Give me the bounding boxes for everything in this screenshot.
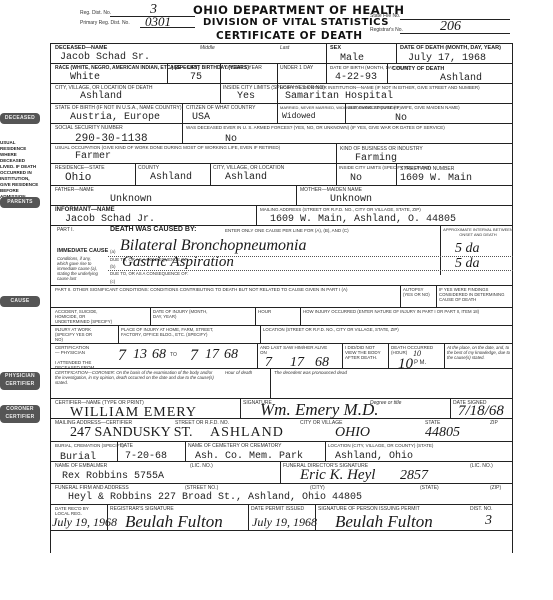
disposition-date-label: DATE [120,443,133,449]
residence-county-value: Ashland [150,172,192,183]
coroner-hour-label: Hour of death [225,370,252,375]
race-value: White [70,72,100,83]
city-of-death-value: Ashland [80,91,122,102]
registrar-no-value: 206 [440,19,461,35]
residence-street-value: 1609 W. Main [400,173,472,184]
birth-state-value: Austria, Europe [70,112,160,123]
firm-street-label: (STREET NO.) [185,485,218,491]
dob-value: 4-22-93 [335,72,377,83]
disposition-location-label: LOCATION (City, village, or county) (Sta… [328,443,433,448]
to-day: 17 [205,347,219,363]
director-lic-value: 2857 [400,468,428,484]
date-of-death-label: DATE OF DEATH (Month, Day, Year) [400,45,501,51]
occupation-label: USUAL OCCUPATION (Give kind of work done… [55,145,280,150]
death-hour-minutes: 10 [413,349,421,358]
cause-a: Bilateral Bronchopneumonia [120,237,307,255]
to-label: TO [170,352,177,358]
certifier-signature: Wm. Emery M.D. [260,400,379,420]
firm-city-label: (CITY) [310,485,325,491]
to-month: 7 [190,347,198,365]
industry-label: KIND OF BUSINESS OR INDUSTRY [340,146,423,152]
death-hour-suffix: P M. [414,360,426,366]
firm-state-label: (STATE) [420,485,439,491]
from-year: 68 [152,347,166,363]
certifier-state-value: OHIO [335,425,370,441]
permit-date-label: DATE PERMIT ISSUED [251,506,304,512]
last-saw-label: AND LAST SAW HIM/HER ALIVE ON [260,345,330,355]
degree-label: Degree or title [370,400,401,406]
primary-reg-label: Primary Reg. Dist. No. [80,20,130,26]
mother-value: Unknown [330,194,372,205]
informant-name-value: Jacob Schad Jr. [65,214,155,225]
certifier-street-value: 247 SANDUSKY ST. [70,425,193,441]
armed-forces-label: WAS DECEASED EVER IN U. S. ARMED FORCES?… [186,125,445,130]
cause-a-interval: 5 da [455,241,480,257]
physician-cert-label: CERTIFICATION— PHYSICIAN [55,345,93,355]
last-label: Last [280,45,289,51]
from-day: 13 [133,347,147,363]
hospital-label: HOSPITAL OR OTHER INSTITUTION—NAME (If n… [280,85,480,90]
informant-address-value: 1609 W. Main, Ashland, O. 44805 [270,214,456,225]
certifier-zip-label: ZIP [490,420,498,426]
injury-hour-label: HOUR [258,309,271,314]
tab-parents: PARENTS [0,197,40,208]
residence-note: USUAL RESIDENCE WHERE DECEASED LIVED. IF… [0,140,40,200]
funeral-firm-value: Heyl & Robbins 227 Broad St., Ashland, O… [68,492,362,503]
cause-title: DEATH WAS CAUSED BY: [110,226,196,233]
physician-statement: At the place, on the date, and, to the b… [447,345,512,360]
mother-label: MOTHER—MAIDEN NAME [300,187,362,193]
coroner-cert-label: CERTIFICATION—CORONER: On the basis of t… [55,370,215,385]
injury-date-label: DATE OF INJURY (Month, Day, Year) [153,309,213,319]
father-label: FATHER—NAME [55,187,94,193]
permit-date-value: July 19, 1968 [252,515,317,530]
due-to-label-2: DUE TO, OR AS A CONSEQUENCE OF: [110,271,188,276]
state-file-label: State File No. [370,13,400,19]
age-value: 75 [190,72,202,83]
informant-address-label: MAILING ADDRESS (Street or R.F.D. no., c… [260,207,421,212]
marital-value: Widowed [282,112,316,121]
residence-inside-value: No [350,173,362,184]
deceased-name-label: DECEASED—NAME [55,45,107,51]
immediate-cause-label: IMMEDIATE CAUSE [57,248,108,254]
how-injury-label: HOW INJURY OCCURRED (Enter nature of inj… [303,309,479,314]
interval-label: APPROXIMATE INTERVAL BETWEEN ONSET AND D… [443,227,513,237]
part2-label: PART II. OTHER SIGNIFICANT CONDITIONS: C… [55,287,348,292]
residence-state-value: Ohio [65,172,91,184]
cause-b: Gastric Aspiration [122,254,234,271]
embalmer-lic-label: (LIC. NO.) [190,463,213,469]
director-lic-label: (LIC. NO.) [470,463,493,469]
residence-street-label: STREET AND NUMBER [400,166,454,172]
informant-name-label: INFORMANT—NAME [55,207,115,213]
to-year: 68 [224,347,238,363]
dist-no-value: 3 [485,513,492,529]
at-work-label: INJURY AT WORK (Specify yes or no) [55,327,95,342]
occupation-value: Farmer [75,151,111,162]
citizen-value: USA [192,112,210,123]
view-body-label: I DID/DID NOT VIEW THE BODY AFTER DEATH. [345,345,385,360]
residence-city-value: Ashland [225,172,267,183]
hospital-value: Samaritan Hospital [285,91,393,102]
residence-county-label: COUNTY [138,165,159,171]
conditions-note: Conditions, if any, which gave rise to i… [57,256,102,281]
reg-dist-label: Reg. Dist. No. [80,10,111,16]
director-signature: Eric K. Heyl [300,467,375,484]
accident-label: ACCIDENT, SUICIDE, HOMICIDE, OR UNDETERM… [55,309,115,324]
residence-state-label: RESIDENCE—STATE [55,165,105,171]
issuer-signature: Beulah Fulton [335,512,433,532]
death-hour-value: 10 [398,356,413,373]
certifier-zip-value: 44805 [425,425,460,441]
title-certificate: CERTIFICATE OF DEATH [216,30,363,42]
funeral-firm-label: FUNERAL FIRM AND ADDRESS [55,485,129,491]
deceased-name: Jacob Schad Sr. [60,52,150,63]
residence-city-label: CITY, VILLAGE, OR LOCATION [213,165,284,171]
dist-no-label: DIST. NO. [470,506,493,512]
spouse-label: SURVIVING SPOUSE (If wife, give maiden n… [348,105,460,110]
tab-cause: CAUSE [0,296,40,307]
tab-coroner-certifier: CORONER CERTIFIER [0,405,40,423]
disposition-method-label: BURIAL, CREMATION (Specify) [55,443,124,448]
pronounced-label: The decedent was pronounced dead [274,370,347,375]
part1-label: PART I. [57,227,74,233]
ssn-label: SOCIAL SECURITY NUMBER [55,125,123,131]
firm-zip-label: (ZIP) [490,485,501,491]
cause-instructions: ENTER ONLY ONE CAUSE PER LINE FOR (a), (… [225,228,349,233]
under-1-year-label: UNDER 1 YEAR [225,65,262,71]
tab-physician-certifier: PHYSICIAN CERTIFIER [0,372,40,390]
embalmer-label: NAME OF EMBALMER [55,463,107,469]
cemetery-label: NAME OF CEMETERY OR CREMATORY [188,443,281,449]
autopsy-label: AUTOPSY (Yes or no) [403,287,433,297]
middle-label: Middle [200,45,215,51]
under-1-day-label: UNDER 1 DAY [280,65,313,71]
cause-b-interval: 5 da [455,256,480,272]
inside-city-value: Yes [237,91,255,102]
registrar-signature: Beulah Fulton [125,512,223,532]
registrar-no-label: Registrar's No. [370,27,403,33]
primary-reg-value: 0301 [145,14,171,30]
injury-location-label: LOCATION (Street or R.F.D. no., city or … [263,327,399,332]
title-division: DIVISION OF VITAL STATISTICS [203,17,389,28]
from-month: 7 [118,347,126,365]
place-injury-label: PLACE OF INJURY At home, farm, street, f… [121,327,221,337]
certifier-city-value: ASHLAND [210,425,284,441]
birth-state-label: STATE OF BIRTH (If not in U.S.A., name c… [55,105,182,111]
sex-label: SEX [330,45,341,51]
findings-label: IF YES were findings considered in deter… [439,287,511,302]
county-of-death-label: COUNTY OF DEATH [392,66,444,72]
tab-deceased: DECEASED [0,113,40,124]
father-value: Unknown [110,194,152,205]
embalmer-value: Rex Robbins 5755A [62,471,164,482]
citizen-label: CITIZEN OF WHAT COUNTRY [186,105,255,111]
